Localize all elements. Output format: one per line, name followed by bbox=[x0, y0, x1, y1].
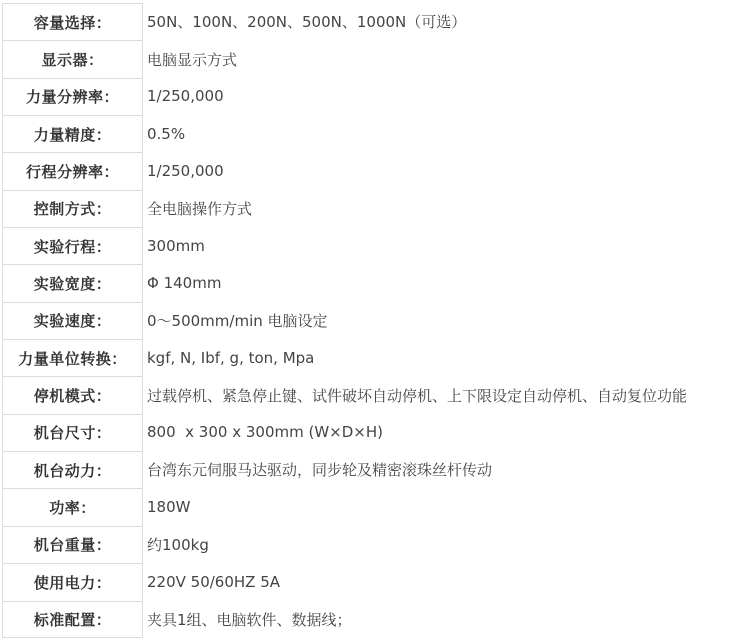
spec-value: kgf, N, Ibf, g, ton, Mpa bbox=[143, 339, 732, 376]
spec-label: 控制方式： bbox=[2, 190, 143, 227]
spec-value: 约100kg bbox=[143, 526, 732, 563]
spec-label: 实验速度： bbox=[2, 302, 143, 339]
spec-row: 力量分辨率： 1/250,000 bbox=[2, 78, 732, 115]
spec-table: 容量选择： 50N、100N、200N、500N、1000N（可选） 显示器： … bbox=[2, 3, 732, 638]
page: 容量选择： 50N、100N、200N、500N、1000N（可选） 显示器： … bbox=[0, 0, 736, 642]
spec-value: 300mm bbox=[143, 227, 732, 264]
spec-label: 实验宽度： bbox=[2, 264, 143, 301]
spec-label: 功率： bbox=[2, 488, 143, 525]
spec-row: 实验速度： 0～500mm/min 电脑设定 bbox=[2, 302, 732, 339]
spec-value: 全电脑操作方式 bbox=[143, 190, 732, 227]
spec-row: 实验行程： 300mm bbox=[2, 227, 732, 264]
spec-value: 过载停机、紧急停止键、试件破坏自动停机、上下限设定自动停机、自动复位功能 bbox=[143, 376, 732, 413]
spec-value: 夹具1组、电脑软件、数据线； bbox=[143, 601, 732, 638]
spec-row: 功率： 180W bbox=[2, 488, 732, 525]
spec-row: 机台重量： 约100kg bbox=[2, 526, 732, 563]
spec-value: 台湾东元伺服马达驱动，同步轮及精密滚珠丝杆传动 bbox=[143, 451, 732, 488]
spec-label: 停机模式： bbox=[2, 376, 143, 413]
spec-label: 力量分辨率： bbox=[2, 78, 143, 115]
spec-label: 显示器： bbox=[2, 40, 143, 77]
spec-row: 显示器： 电脑显示方式 bbox=[2, 40, 732, 77]
spec-value: 电脑显示方式 bbox=[143, 40, 732, 77]
spec-value: 0～500mm/min 电脑设定 bbox=[143, 302, 732, 339]
spec-row: 停机模式： 过载停机、紧急停止键、试件破坏自动停机、上下限设定自动停机、自动复位… bbox=[2, 376, 732, 413]
spec-label: 使用电力： bbox=[2, 563, 143, 600]
spec-row: 控制方式： 全电脑操作方式 bbox=[2, 190, 732, 227]
spec-value: 800 x 300 x 300mm (W×D×H) bbox=[143, 414, 732, 451]
spec-value: 50N、100N、200N、500N、1000N（可选） bbox=[143, 3, 732, 40]
spec-value: 180W bbox=[143, 488, 732, 525]
spec-label: 机台重量： bbox=[2, 526, 143, 563]
spec-label: 行程分辨率： bbox=[2, 152, 143, 189]
spec-label: 容量选择： bbox=[2, 3, 143, 40]
spec-row: 标准配置： 夹具1组、电脑软件、数据线； bbox=[2, 601, 732, 638]
spec-row: 力量单位转换： kgf, N, Ibf, g, ton, Mpa bbox=[2, 339, 732, 376]
spec-row: 使用电力： 220V 50/60HZ 5A bbox=[2, 563, 732, 600]
spec-value: 220V 50/60HZ 5A bbox=[143, 563, 732, 600]
spec-value: Φ 140mm bbox=[143, 264, 732, 301]
spec-row: 容量选择： 50N、100N、200N、500N、1000N（可选） bbox=[2, 3, 732, 40]
spec-label: 机台动力： bbox=[2, 451, 143, 488]
spec-value: 0.5% bbox=[143, 115, 732, 152]
spec-row: 机台尺寸： 800 x 300 x 300mm (W×D×H) bbox=[2, 414, 732, 451]
spec-label: 实验行程： bbox=[2, 227, 143, 264]
spec-label: 力量单位转换： bbox=[2, 339, 143, 376]
spec-row: 力量精度： 0.5% bbox=[2, 115, 732, 152]
spec-row: 实验宽度： Φ 140mm bbox=[2, 264, 732, 301]
spec-label: 力量精度： bbox=[2, 115, 143, 152]
spec-label: 机台尺寸： bbox=[2, 414, 143, 451]
spec-row: 机台动力： 台湾东元伺服马达驱动，同步轮及精密滚珠丝杆传动 bbox=[2, 451, 732, 488]
spec-row: 行程分辨率： 1/250,000 bbox=[2, 152, 732, 189]
spec-value: 1/250,000 bbox=[143, 78, 732, 115]
spec-label: 标准配置： bbox=[2, 601, 143, 638]
spec-value: 1/250,000 bbox=[143, 152, 732, 189]
